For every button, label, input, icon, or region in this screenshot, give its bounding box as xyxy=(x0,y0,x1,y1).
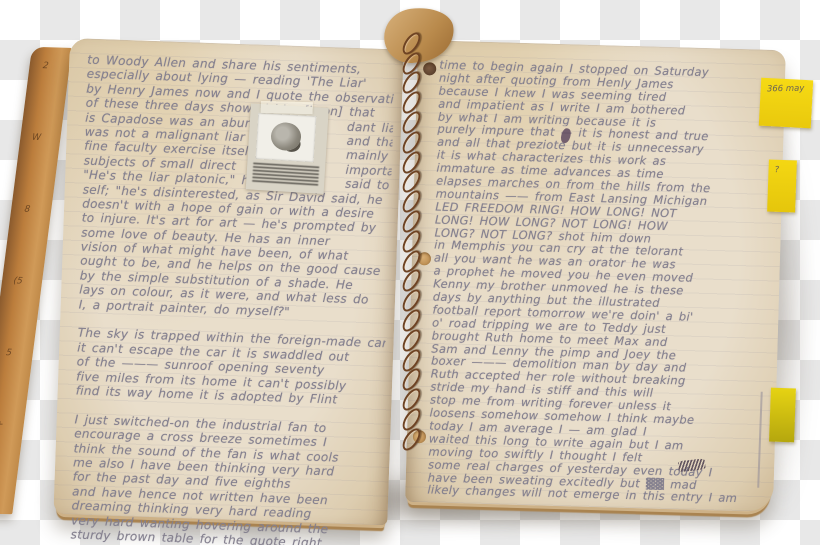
handwriting-line: dant liar he xyxy=(347,119,393,135)
sticky-tab: 366 may xyxy=(759,78,813,129)
cover-edge-mark: W xyxy=(26,133,47,144)
left-page: to Woody Allen and share his sentiments,… xyxy=(53,38,403,525)
handwriting-lines: time to begin again I stopped on Saturda… xyxy=(427,59,779,507)
spiral-binding xyxy=(391,30,431,516)
transparency-checkerboard: { "title": "Open spiral-bound handwritte… xyxy=(0,0,820,545)
sticky-tab: ? xyxy=(767,160,797,213)
clipping-caption-text xyxy=(252,163,319,188)
tape-strip xyxy=(261,101,313,114)
sticky-tab xyxy=(769,388,796,443)
handwriting-lines: self; "he's disinterested, as Sir David … xyxy=(70,182,390,545)
spiral-coil xyxy=(399,425,424,453)
right-page-handwriting: time to begin again I stopped on Saturda… xyxy=(427,59,779,507)
clipping-photo-subject xyxy=(270,122,302,152)
handwriting-lines: to Woody Allen and share his sentiments,… xyxy=(85,53,395,121)
cover-edge-mark: (5 xyxy=(7,276,28,287)
handwriting-line: importance. xyxy=(345,162,391,178)
cover-edge-mark: 8 xyxy=(17,204,38,215)
sticky-tab-label: ? xyxy=(768,160,797,176)
cover-edge-mark: 2 xyxy=(35,61,56,72)
cover-edge-mark: 5 xyxy=(0,348,19,359)
handwriting-line: said to him- xyxy=(345,177,391,193)
newsprint-clipping xyxy=(246,103,329,194)
left-page-handwriting: to Woody Allen and share his sentiments,… xyxy=(70,53,395,545)
cover-edge-mark: + xyxy=(0,420,10,431)
sticky-tab-label: 366 may xyxy=(761,79,813,95)
handwriting-line: and that his xyxy=(346,134,392,150)
sticky-tab-label xyxy=(771,388,796,394)
clipping-photo xyxy=(256,113,317,162)
right-page: time to begin again I stopped on Saturda… xyxy=(405,40,786,512)
handwriting-line: mainly on xyxy=(346,148,392,164)
